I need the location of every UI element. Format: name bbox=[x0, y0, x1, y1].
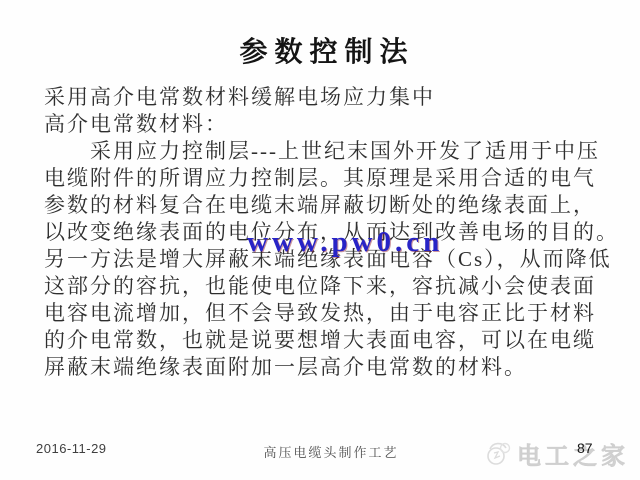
watermark-url: www.pw0.cn bbox=[247, 226, 443, 259]
site-watermark-label: 电工之家 bbox=[517, 436, 629, 471]
text-line: 这部分的容抗，也能使电位降下来，容抗减小会使表面 bbox=[44, 273, 604, 300]
text-line: 采用高介电常数材料缓解电场应力集中 bbox=[44, 84, 604, 111]
text-line: 的介电常数，也就是说要想增大表面电容，可以在电缆 bbox=[44, 327, 604, 354]
site-logo-icon bbox=[484, 439, 514, 469]
text-line: 电容电流增加，但不会导致发热，由于电容正比于材料 bbox=[44, 300, 604, 327]
page-number: 87 bbox=[577, 440, 593, 456]
text-line: 采用应力控制层---上世纪末国外开发了适用于中压 bbox=[44, 138, 604, 165]
text-line: 高介电常数材料： bbox=[44, 111, 604, 138]
text-line: 参数的材料复合在电缆末端屏蔽切断处的绝缘表面上， bbox=[44, 192, 604, 219]
text-line: 电缆附件的所谓应力控制层。其原理是采用合适的电气 bbox=[44, 165, 604, 192]
presentation-slide: 参数控制法 采用高介电常数材料缓解电场应力集中 高介电常数材料： 采用应力控制层… bbox=[0, 0, 640, 480]
site-watermark: 电工之家 bbox=[484, 436, 629, 471]
page-title: 参数控制法 bbox=[0, 30, 640, 70]
text-line: 屏蔽末端绝缘表面附加一层高介电常数的材料。 bbox=[44, 354, 604, 381]
